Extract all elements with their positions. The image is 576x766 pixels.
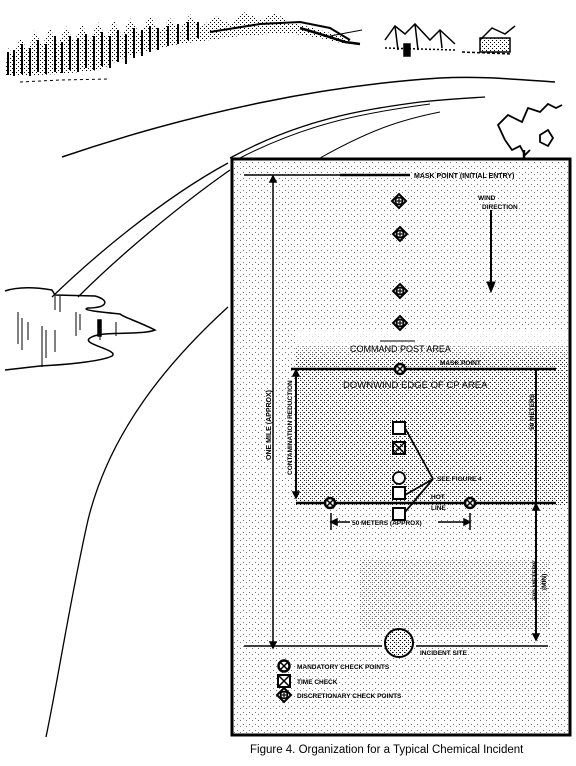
wind-label-1: WIND	[478, 195, 496, 202]
legend-label: MANDATORY CHECK POINTS	[297, 664, 390, 671]
tree-illustration	[498, 104, 562, 158]
station-box-icon	[393, 422, 405, 434]
legend-label: TIME CHECK	[297, 679, 338, 686]
pond-illustration	[5, 288, 155, 370]
time-check-icon	[393, 442, 405, 454]
contamination-reduction-label: CONTAMINATION REDUCTION	[287, 380, 294, 475]
fifty-meters-label: 50 METERS (APPROX)	[352, 520, 422, 527]
command-post-area-label: COMMAND POST AREA	[350, 344, 451, 354]
station-box-icon	[393, 508, 405, 520]
mask-point-icon	[395, 364, 405, 374]
one-mile-label: ONE MILE (APPROX)	[266, 390, 273, 460]
chemical-incident-diagram: MASK POINT (INITIAL ENTRY) ONE MILE (APP…	[0, 0, 576, 766]
mask-point-label: MASK POINT	[440, 360, 481, 367]
station-circle-icon	[393, 472, 405, 484]
right-lower-dimension-label-2: (MIN)	[541, 574, 548, 590]
mask-point-initial-entry-label: MASK POINT (INITIAL ENTRY)	[414, 173, 514, 180]
hot-line-label-2: LINE	[431, 505, 446, 512]
mandatory-check-point-icon	[465, 498, 475, 508]
right-lower-dimension-label-1: 500 METERS	[532, 560, 539, 600]
mandatory-check-point-icon	[325, 498, 335, 508]
wind-label-2: DIRECTION	[482, 204, 518, 211]
mandatory-check-point-icon	[279, 661, 290, 672]
figure-caption: Figure 4. Organization for a Typical Che…	[250, 744, 523, 756]
incident-site-icon	[385, 629, 413, 657]
right-upper-dimension-label: 50 METERS	[529, 393, 536, 430]
houses-illustration	[385, 24, 515, 56]
time-check-icon	[278, 675, 290, 687]
see-figure-label: SEE FIGURE 4	[437, 476, 482, 483]
legend-label: DISCRETIONARY CHECK POINTS	[297, 693, 402, 700]
downwind-edge-label: DOWNWIND EDGE OF CP AREA	[343, 380, 488, 391]
station-box-icon	[393, 487, 405, 499]
hot-line-label-1: HOT	[431, 494, 445, 501]
treeline-illustration	[5, 12, 362, 82]
incident-site-label: INCIDENT SITE	[420, 650, 468, 657]
